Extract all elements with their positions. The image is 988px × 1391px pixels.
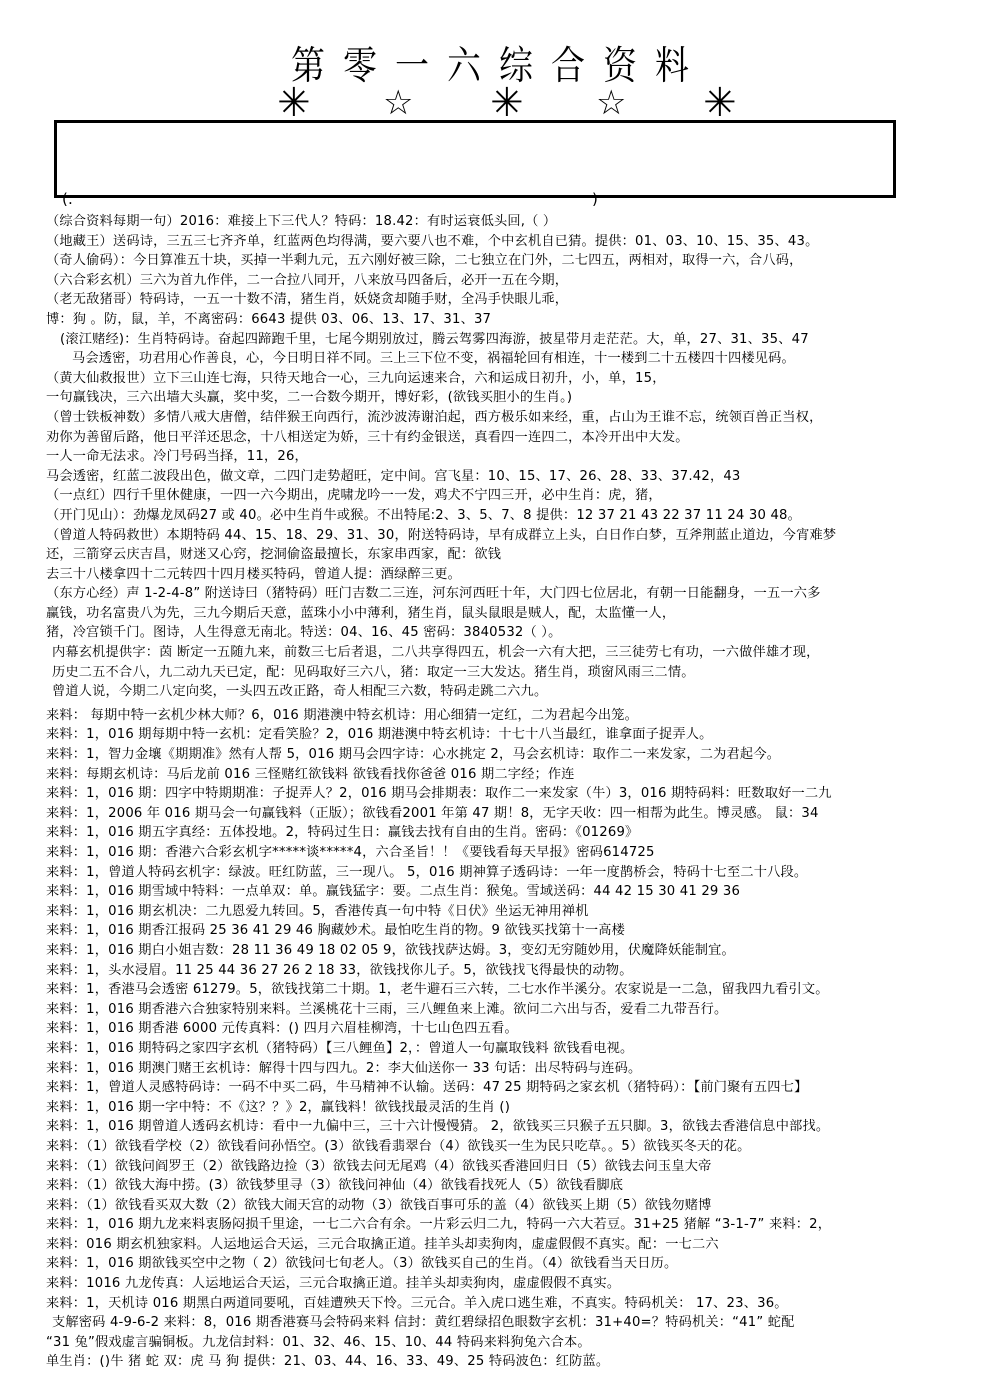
open-bracket: (: — [62, 190, 73, 208]
text-line: （东方心经）声 1-2-4-8” 附送诗曰（猪特码）旺门吉数二三连，河东河西旺十… — [46, 584, 976, 604]
text-line: 来料：1，2006 年 016 期马会一句赢钱料（正版）；欲钱看2001 年第 … — [46, 804, 976, 824]
text-line: 一句赢钱决，三六出墙大头赢，奖中奖，二一合数今期开，博好彩，(欲钱买胆小的生肖。… — [46, 388, 976, 408]
text-line: 来料：1，016 期白小姐吉数：28 11 36 49 18 02 05 9，欲… — [46, 941, 976, 961]
text-line: 来料：1，智力金壤《期期准》然有人帮 5，016 期马会四字诗：心水挑定 2，马… — [46, 745, 976, 765]
decorative-symbol-row: ✳ ☆ ✳ ☆ ✳ — [0, 83, 988, 123]
text-line: 内幕玄机提供字：茵 断定一五随九来，前数三七后者退，二八共享得四五，机会一六有大… — [46, 643, 976, 663]
text-line: 去三十八楼拿四十二元转四十四月楼买特码，曾道人提：酒绿醉三更。 — [46, 565, 976, 585]
text-line: （奇人偷码）：今日算准五十块，买掉一半剩九元，五六刚好被三除，二七独立在门外，二… — [46, 251, 976, 271]
text-line: 来料：1，016 期每期中特一玄机：定看笑脸？2，016 期港澳中特玄机诗：十七… — [46, 725, 976, 745]
text-line: 来料： 每期中特一玄机少林大师？6，016 期港澳中特玄机诗：用心细猜一定红，二… — [46, 706, 976, 726]
text-line: 来料：1，016 期：香港六合彩玄机字*****谈*****4，六合圣旨！！《要… — [46, 843, 976, 863]
text-line: （老无敌猪哥）特码诗，一五一十数不清，猪生肖，妖娆贪却随手财，全冯手快眼儿乖， — [46, 290, 976, 310]
text-line: 劝你为善留后路，他日平洋还思念，十八相送定为娇，三十有约金银送，真看四一连四二，… — [46, 428, 976, 448]
text-line: 来料：1，016 期香江报码 25 36 41 29 46 胸藏妙术。最怕吃生肖… — [46, 921, 976, 941]
text-line: 来料：1016 九龙传真：人运地运合天运，三元合取擒正道。挂羊头却卖狗肉，虚虚假… — [46, 1274, 976, 1294]
text-line: 赢钱，功名富贵八为先，三九今期后天意，蓝珠小小中薄利，猪生肖，鼠头鼠眼是贼人，配… — [46, 604, 976, 624]
text-line: 来料：1，016 期欲钱买空中之物（ 2）欲钱问七旬老人。（3）欲钱买自己的生肖… — [46, 1254, 976, 1274]
text-line: （综合资料每期一句）2016：难接上下三代人？特码：18.42：有时运衰低头回,… — [46, 212, 976, 232]
text-line: 还，三箭穿云庆吉昌，财迷又心窍，挖洞偷盗最擅长，东家串西家，配：欲钱 — [46, 545, 976, 565]
text-line: “31 兔”假戏虚言骗铜板。九龙信封料：01、32、46、15、10、44 特码… — [46, 1333, 976, 1353]
text-line: 单生肖：()牛 猪 蛇 双：虎 马 狗 提供：21、03、44、16、33、49… — [46, 1352, 976, 1372]
asterisk-icon: ✳ — [277, 83, 307, 123]
text-line: 来料：1，曾道人特码玄机字：绿波。旺红防蓝，三一现八。 5，016 期神算子透码… — [46, 863, 976, 883]
text-line: 来料：1，016 期九龙来料衷肠闷损千里途，一七二六合有余。一片彩云归二九，特码… — [46, 1215, 976, 1235]
text-line: （曾道人特码救世）本期特码 44、15、18、29、31、30，附送特码诗，早有… — [46, 526, 976, 546]
text-line: 来料：（1）欲钱大海中捞。(3）欲钱梦里寻（3）欲钱问神仙（4）欲钱看找死人（5… — [46, 1176, 976, 1196]
text-line: 来料：1，016 期曾道人透码玄机诗：看中一九偏中三，三十六计慢慢猜。 2，欲钱… — [46, 1117, 976, 1137]
bracket-row: (: ) — [0, 190, 988, 210]
text-line: （地藏王）送码诗，三五三七齐齐单，红蓝两色均得满，要六要八也不难，个中玄机自已猜… — [46, 232, 976, 252]
text-line: 马会透密，功君用心作善良，心，今日明日祥不同。三上三下位不变，祸福轮回有相连，十… — [46, 349, 976, 369]
text-line: (滚江赌经)：生肖特码诗。奋起四蹄跑千里，七尾今期别放过，腾云驾雾四海游，披星带… — [46, 330, 976, 350]
text-line: 来料：1，016 期香港六合独家特别来料。兰溪桃花十三雨，三八鲤鱼来上滩。欲问二… — [46, 1000, 976, 1020]
text-line: （六合彩玄机）三六为首九作伴，二一合拉八同开，八来放马四备后，必开一五在今期， — [46, 271, 976, 291]
text-line: 来料：（1）欲钱看学校（2）欲钱看问孙悟空。(3）欲钱看翡翠台（4）欲钱买一生为… — [46, 1137, 976, 1157]
text-line: 猪，冷宫锁千门。图诗，人生得意无南北。特送：04、16、45 密码：384053… — [46, 623, 976, 643]
text-line: 来料：（1）欲钱问阎罗王（2）欲钱路边捡（3）欲钱去问无尾鸡（4）欲钱买香港回归… — [46, 1157, 976, 1177]
text-line: 来料：每期玄机诗：马后龙前 016 三怪赌红欲钱料 欲钱看找你爸爸 016 期二… — [46, 765, 976, 785]
empty-highlight-box — [54, 120, 896, 198]
text-line: 来料：1，016 期一字中特：不《这？？》2，赢钱料！欲钱找最灵活的生肖 () — [46, 1098, 976, 1118]
text-line: 曾道人说，今期二八定向奖，一头四五改正路，奇人相配三六数，特码走跳二六九。 — [46, 682, 976, 702]
text-line: 来料：1，016 期澳门赌王玄机诗：解得十四与四九。2：李大仙送你一 33 句话… — [46, 1059, 976, 1079]
text-line: 一人一命无法求。冷门号码当择，11，26， — [46, 447, 976, 467]
text-line: 历史二五不合八，九二动九天已定，配：见码取好三六八，猪：取定一三大发达。猪生肖，… — [46, 663, 976, 683]
asterisk-icon: ✳ — [703, 83, 733, 123]
document-body: （综合资料每期一句）2016：难接上下三代人？特码：18.42：有时运衰低头回,… — [46, 212, 976, 1372]
star-outline-icon: ☆ — [383, 83, 413, 123]
text-line: 支解密码 4-9-6-2 来料：8，016 期香港赛马会特码来料 信封：黄红碧绿… — [46, 1313, 976, 1333]
text-line: （开门见山）：劲爆龙凤码27 或 40。必中生肖牛或猴。不出特尾:2、3、5、7… — [46, 506, 976, 526]
text-line: 来料：1，曾道人灵感特码诗：一码不中买二码，牛马精神不认输。送码：47 25 期… — [46, 1078, 976, 1098]
text-line: 马会透密，红蓝二波段出色，做文章，二四门走势超旺，定中间。宫飞星：10、15、1… — [46, 467, 976, 487]
text-line: 来料：1，头水浸眉。11 25 44 36 27 26 2 18 33，欲钱找你… — [46, 961, 976, 981]
text-line: 博：狗 。防，鼠，羊，不离密码：6643 提供 03、06、13、17、31、3… — [46, 310, 976, 330]
text-line: （黄大仙救报世）立下三山连七海，只待天地合一心，三九向运速来合，六和运成日初升，… — [46, 369, 976, 389]
text-line: 来料：（1）欲钱看买双大数（2）欲钱大闹天宫的动物（3）欲钱百事可乐的盖（4）欲… — [46, 1196, 976, 1216]
text-line: （一点红）四行千里休健康，一四一六今期出，虎啸龙吟一一发，鸡犬不宁四三开，必中生… — [46, 486, 976, 506]
text-line: 来料：1，016 期香港 6000 元传真料：() 四月六眉桂柳湾，十七山色四五… — [46, 1019, 976, 1039]
star-outline-icon: ☆ — [596, 83, 626, 123]
text-line: 来料：1，016 期：四字中特期期准：子捉弄人？2，016 期马会排期表：取作二… — [46, 784, 976, 804]
text-line: （曾士铁板神数）多情八戒大唐僧，结伴猴王向西行，流沙波涛谢泊起，西方极乐如来经，… — [46, 408, 976, 428]
asterisk-icon: ✳ — [490, 83, 520, 123]
close-bracket: ) — [592, 190, 598, 208]
text-line: 来料：1，天机诗 016 期黑白两道同要吼，百娃遭殃天下怜。三元合。羊入虎口逃生… — [46, 1294, 976, 1314]
text-line: 来料：1，016 期特码之家四字玄机（猪特码）【三八鲤鱼】2，：曾道人一句赢取钱… — [46, 1039, 976, 1059]
text-line: 来料：1，香港马会透密 61279。5，欲钱找第二十期。1，老牛避石三六转，二七… — [46, 980, 976, 1000]
text-line: 来料：016 期玄机独家料。人运地运合天运，三元合取擒正道。挂羊头却卖狗肉，虚虚… — [46, 1235, 976, 1255]
text-line: 来料：1，016 期雪域中特料：一点单双：单。赢钱猛字：要。二点生肖：猴兔。雪域… — [46, 882, 976, 902]
text-line: 来料：1，016 期五字真经：五体投地。2，特码过生日：赢钱去找有自由的生肖。密… — [46, 823, 976, 843]
text-line: 来料：1，016 期玄机决：二九恩爱九转回。5，香港传真一句中特《日伏》坐运无神… — [46, 902, 976, 922]
